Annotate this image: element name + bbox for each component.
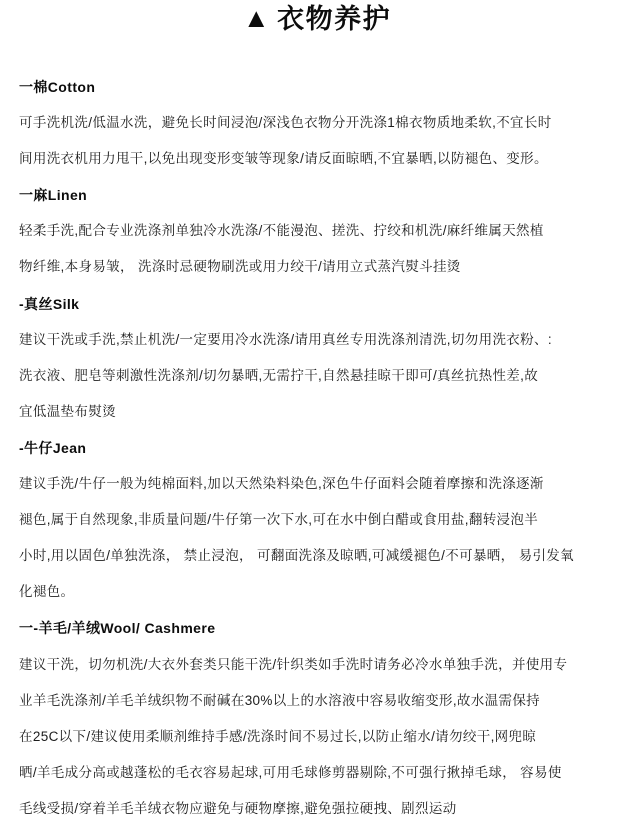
body-line: 轻柔手洗,配合专业洗涤剂单独冷水洗涤/不能漫泡、搓洗、拧绞和机洗/麻纤维属天然植	[19, 213, 606, 249]
body-line: 可手洗机洗/低温水洗，避免长时间浸泡/深浅色衣物分开洗涤1棉衣物质地柔软,不宜长…	[19, 105, 606, 141]
section-heading-jean: -牛仔Jean	[19, 430, 606, 466]
body-line: 晒/羊毛成分高或越蓬松的毛衣容易起球,可用毛球修剪器剔除,不可强行揪掉毛球， 容…	[19, 755, 606, 791]
body-line: 建议干洗，切勿机洗/大衣外套类只能干洗/针织类如手洗时请务必冷水单独手洗，并使用…	[19, 647, 606, 683]
body-line: 小时,用以固色/单独洗涤， 禁止浸泡， 可翻面洗涤及晾晒,可减缓褪色/不可暴晒，…	[19, 538, 606, 574]
section-heading-linen: 一麻Linen	[19, 177, 606, 213]
body-line: 化褪色。	[19, 574, 606, 610]
section-heading-wool-cashmere: 一-羊毛/羊绒Wool/ Cashmere	[19, 610, 606, 646]
section-wool-cashmere: 一-羊毛/羊绒Wool/ Cashmere 建议干洗，切勿机洗/大衣外套类只能干…	[19, 610, 606, 827]
section-jean: -牛仔Jean 建议手洗/牛仔一般为纯棉面料,加以天然染料染色,深色牛仔面料会随…	[19, 430, 606, 610]
body-line: 毛线受损/穿着羊毛羊绒衣物应避免与硬物摩擦,避免强拉硬拽、剧烈运动	[19, 791, 606, 827]
body-line: 间用洗衣机用力甩干,以免出现变形变皱等现象/请反面晾晒,不宜暴晒,以防褪色、变形…	[19, 141, 606, 177]
triangle-icon: ▲	[243, 2, 271, 34]
page-title-text: 衣物养护	[277, 4, 391, 34]
section-silk: -真丝Silk 建议干洗或手洗,禁止机洗/一定要用冷水洗涤/请用真丝专用洗涤剂清…	[19, 286, 606, 430]
body-line: 在25C以下/建议使用柔顺剂维持手感/洗涤时间不易过长,以防止缩水/请勿绞干,网…	[19, 719, 606, 755]
body-line: 建议手洗/牛仔一般为纯棉面料,加以天然染料染色,深色牛仔面料会随着摩擦和洗涤逐渐	[19, 466, 606, 502]
body-line: 物纤维,本身易皱， 洗涤时忌硬物刷洗或用力绞干/请用立式蒸汽熨斗挂烫	[19, 249, 606, 285]
section-cotton: 一棉Cotton 可手洗机洗/低温水洗，避免长时间浸泡/深浅色衣物分开洗涤1棉衣…	[19, 69, 606, 177]
section-heading-cotton: 一棉Cotton	[19, 69, 606, 105]
section-heading-silk: -真丝Silk	[19, 286, 606, 322]
clothing-care-document: ▲衣物养护 一棉Cotton 可手洗机洗/低温水洗，避免长时间浸泡/深浅色衣物分…	[0, 0, 634, 829]
body-line: 褪色,属于自然现象,非质量问题/牛仔第一次下水,可在水中倒白醋或食用盐,翻转浸泡…	[19, 502, 606, 538]
body-line: 建议干洗或手洗,禁止机洗/一定要用冷水洗涤/请用真丝专用洗涤剂清洗,切勿用洗衣粉…	[19, 322, 606, 358]
body-line: 宜低温垫布熨烫	[19, 394, 606, 430]
section-linen: 一麻Linen 轻柔手洗,配合专业洗涤剂单独冷水洗涤/不能漫泡、搓洗、拧绞和机洗…	[19, 177, 606, 285]
page-title: ▲衣物养护	[0, 0, 634, 35]
body-line: 业羊毛洗涤剂/羊毛羊绒织物不耐碱在30%以上的水溶液中容易收缩变形,故水温需保持	[19, 683, 606, 719]
body-line: 洗衣液、肥皂等刺激性洗涤剂/切勿暴晒,无需拧干,自然悬挂晾干即可/真丝抗热性差,…	[19, 358, 606, 394]
document-body: 一棉Cotton 可手洗机洗/低温水洗，避免长时间浸泡/深浅色衣物分开洗涤1棉衣…	[0, 69, 634, 827]
